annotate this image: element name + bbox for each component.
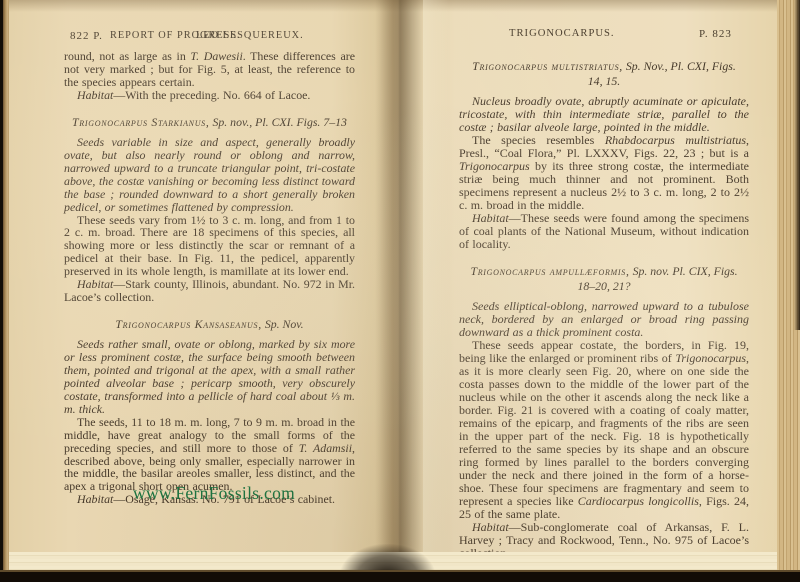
- heading-line: Trigonocarpus Kansaseanus, Sp. Nov.: [64, 317, 355, 332]
- species-diagnosis: Seeds variable in size and aspect, gener…: [64, 136, 355, 213]
- left-page-edge-stack: [3, 0, 9, 572]
- running-title: TRIGONOCARPUS.: [509, 28, 615, 39]
- right-page-number: P. 823: [699, 28, 732, 40]
- italic-text: T. Adamsii: [299, 441, 352, 455]
- description-paragraph: The species resembles Rhabdocarpus multi…: [459, 134, 749, 212]
- italic-text: Trigonocarpus: [675, 351, 746, 365]
- italic-text: Seeds elliptical-oblong, narrowed upward…: [459, 299, 749, 339]
- italic-text: Habitat: [77, 277, 113, 291]
- gutter-shadow: [375, 0, 423, 572]
- italic-text: Rhabdocarpus multistriatus: [605, 133, 746, 147]
- running-author: LEO LESQUEREUX.: [196, 30, 304, 41]
- species-diagnosis: Nucleus broadly ovate, abruptly acuminat…: [459, 95, 749, 134]
- habitat-paragraph: Habitat—These seeds were found among the…: [459, 212, 749, 251]
- gutter-highlight: [423, 0, 449, 572]
- italic-text: Sp. nov., Pl. CXI. Figs. 7–13: [210, 115, 347, 129]
- right-cover-edge: [794, 0, 800, 330]
- heading-line: Trigonocarpus multistriatus, Sp. Nov., P…: [459, 59, 749, 74]
- italic-text: 18–20, 21?: [577, 279, 630, 293]
- italic-text: Trigonocarpus: [459, 159, 530, 173]
- description-paragraph: These seeds appear costate, the borders,…: [459, 339, 749, 521]
- watermark-text: www.FernFossils.com: [133, 483, 295, 504]
- species-name: Trigonocarpus ampullæformis,: [470, 264, 629, 278]
- species-heading-ampullaeformis: Trigonocarpus ampullæformis, Sp. nov. Pl…: [459, 264, 749, 293]
- heading-line: 14, 15.: [459, 74, 749, 89]
- right-page-text-blocks: Trigonocarpus multistriatus, Sp. Nov., P…: [459, 46, 749, 560]
- species-heading-multistriatus: Trigonocarpus multistriatus, Sp. Nov., P…: [459, 59, 749, 88]
- book-scan: 822 P. REPORT OF PROGRESS. LEO LESQUEREU…: [0, 0, 800, 582]
- italic-text: Habitat: [472, 520, 509, 534]
- description-paragraph: These seeds vary from 1½ to 3 c. m. long…: [64, 214, 355, 279]
- species-heading-starkianus: Trigonocarpus Starkianus, Sp. nov., Pl. …: [64, 115, 355, 130]
- italic-text: Cardiocarpus longicollis: [578, 494, 699, 508]
- italic-text: Sp. Nov., Pl. CXI, Figs.: [623, 59, 736, 73]
- heading-line: Trigonocarpus ampullæformis, Sp. nov. Pl…: [459, 264, 749, 279]
- body-text: , as it is more clearly seen Fig. 20, wh…: [459, 351, 749, 508]
- italic-text: Habitat: [77, 492, 113, 506]
- species-name: Trigonocarpus Starkianus,: [72, 115, 209, 129]
- left-page-text-blocks: round, not as large as in T. Dawesii. Th…: [64, 50, 355, 506]
- body-text: The species resembles: [472, 133, 605, 147]
- habitat-paragraph: Habitat—With the preceding. No. 664 of L…: [64, 89, 355, 102]
- italic-text: Seeds variable in size and aspect, gener…: [64, 135, 355, 214]
- italic-text: 14, 15.: [588, 74, 620, 88]
- species-diagnosis: Seeds rather small, ovate or oblong, mar…: [64, 338, 355, 415]
- italic-text: Sp. nov. Pl. CIX, Figs.: [630, 264, 738, 278]
- italic-text: Habitat: [472, 211, 509, 225]
- species-diagnosis: Seeds elliptical-oblong, narrowed upward…: [459, 300, 749, 339]
- body-text: round, not as large as in: [64, 49, 190, 63]
- habitat-paragraph: Habitat—Stark county, Illinois, abundant…: [64, 278, 355, 304]
- italic-text: T. Dawesii: [190, 49, 242, 63]
- paragraph-continuation: round, not as large as in T. Dawesii. Th…: [64, 50, 355, 89]
- species-name: Trigonocarpus multistriatus,: [472, 59, 623, 73]
- left-page-number: 822 P.: [70, 30, 103, 42]
- italic-text: Seeds rather small, ovate or oblong, mar…: [64, 337, 355, 416]
- italic-text: Nucleus broadly ovate, abruptly acuminat…: [459, 94, 749, 134]
- species-name: Trigonocarpus Kansaseanus,: [115, 317, 262, 331]
- body-text: —With the preceding. No. 664 of Lacoe.: [113, 88, 310, 102]
- italic-text: Habitat: [77, 88, 113, 102]
- heading-line: Trigonocarpus Starkianus, Sp. nov., Pl. …: [64, 115, 355, 130]
- body-text: These seeds vary from 1½ to 3 c. m. long…: [64, 213, 355, 279]
- bottom-cover-edge: [0, 570, 800, 582]
- heading-line: 18–20, 21?: [459, 279, 749, 294]
- open-book-pages: 822 P. REPORT OF PROGRESS. LEO LESQUEREU…: [9, 0, 777, 572]
- species-heading-kansaseanus: Trigonocarpus Kansaseanus, Sp. Nov.: [64, 317, 355, 332]
- italic-text: Sp. Nov.: [262, 317, 304, 331]
- description-paragraph: The seeds, 11 to 18 m. m. long, 7 to 9 m…: [64, 416, 355, 493]
